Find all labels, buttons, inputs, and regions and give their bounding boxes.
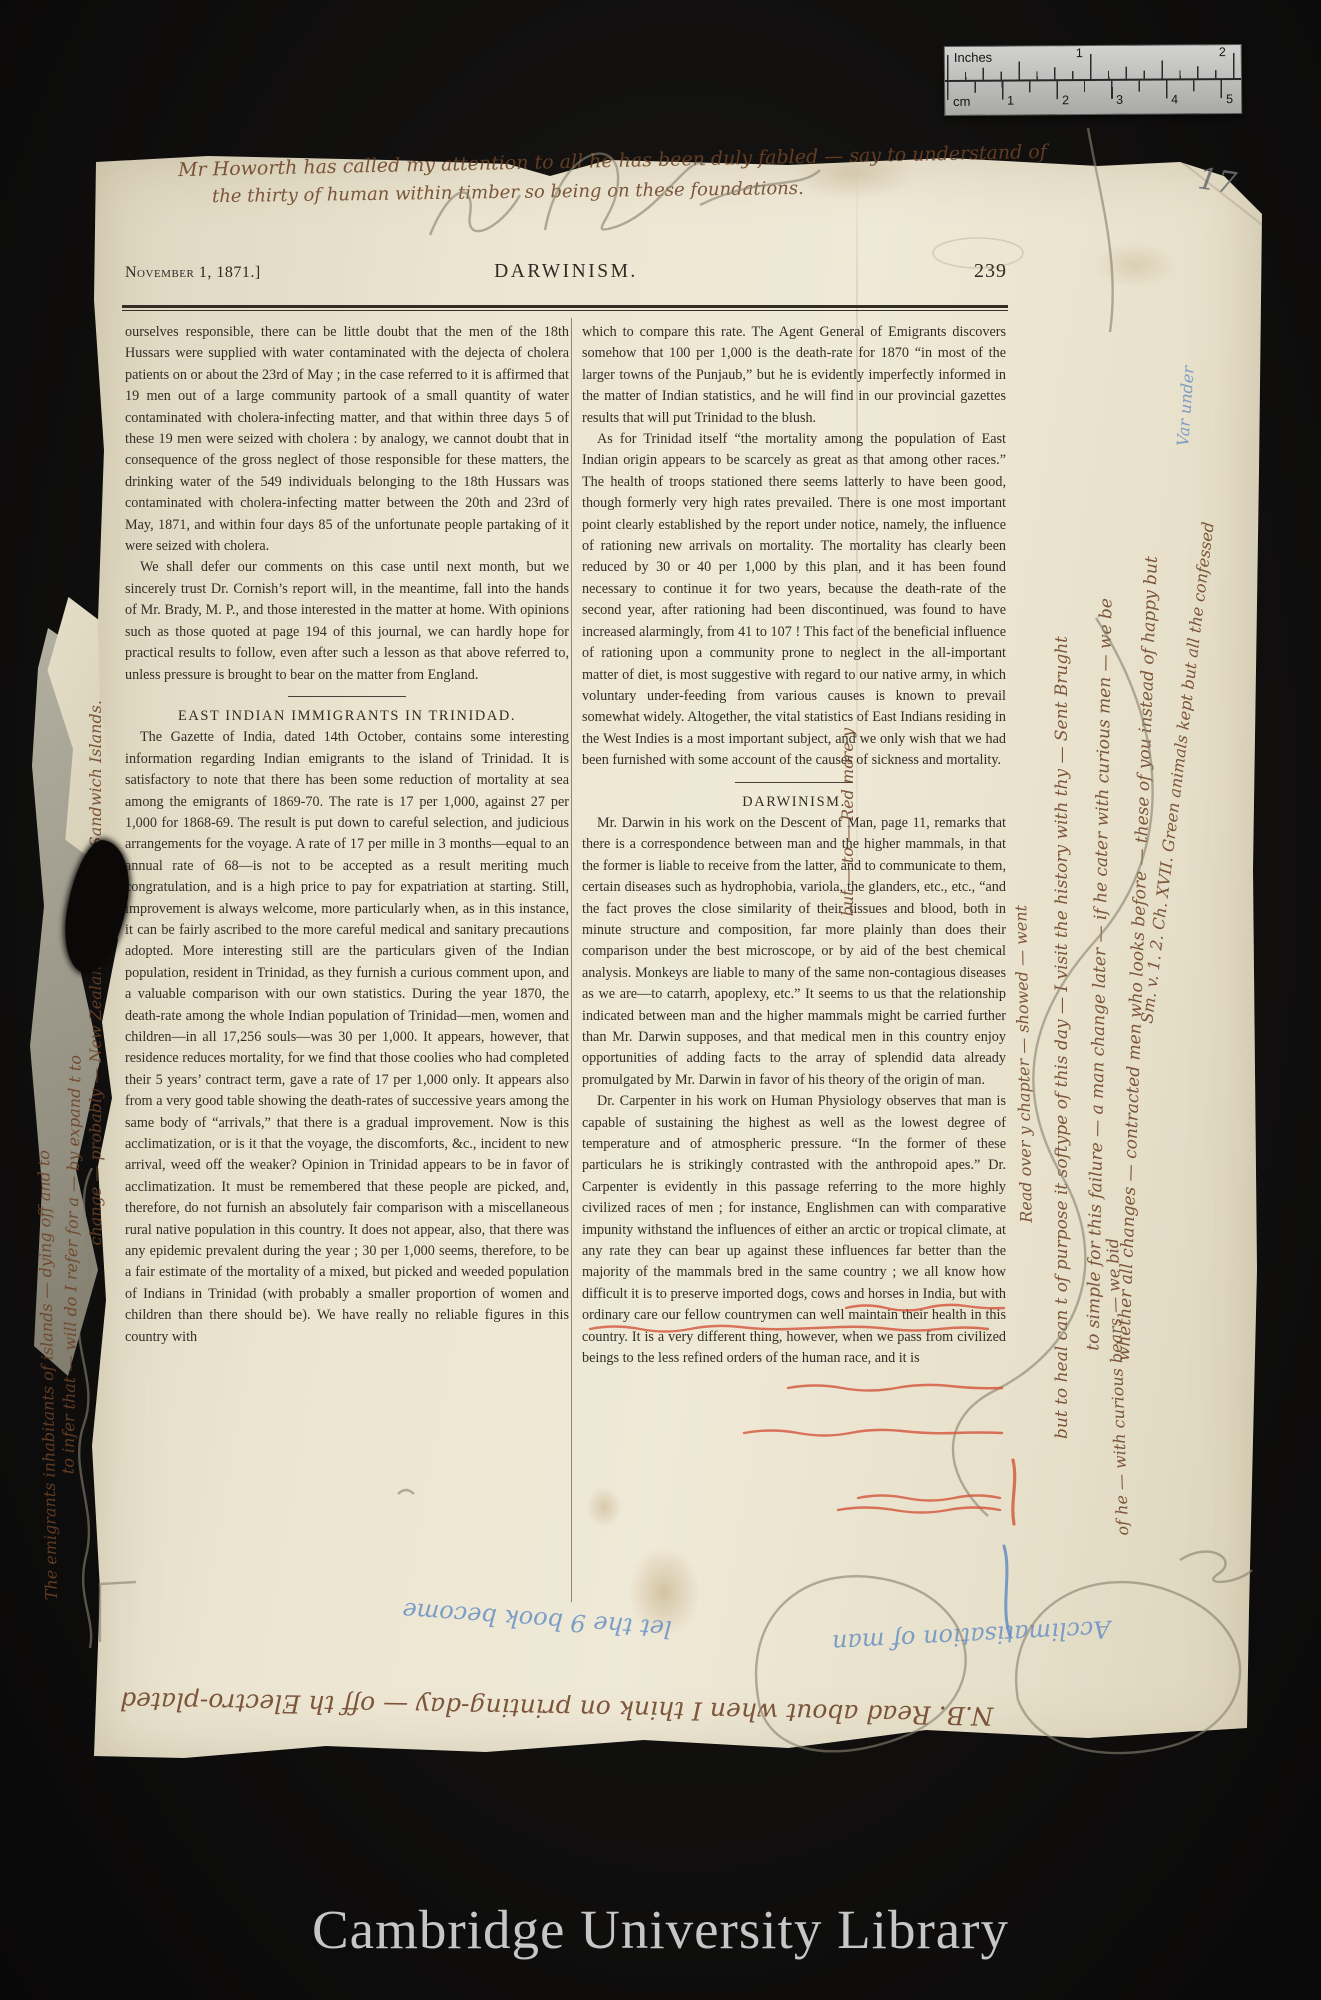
head-double-rule xyxy=(122,305,1008,311)
section-rule xyxy=(735,782,853,783)
ink-margin-note: but to heal can t of purpose it softype … xyxy=(1052,636,1072,1439)
ruler-cm-number: 4 xyxy=(1171,92,1178,106)
pencil-folio-number: 17 xyxy=(1195,161,1238,202)
paragraph: We shall defer our comments on this case… xyxy=(125,557,569,685)
paragraph: Dr. Carpenter in his work on Human Physi… xyxy=(582,1091,1006,1369)
paragraph: As for Trinidad itself “the mortality am… xyxy=(582,429,1006,772)
ruler-inch-ticks xyxy=(947,53,1237,80)
library-caption: Cambridge University Library xyxy=(0,1898,1321,1961)
right-text-column: which to compare this rate. The Agent Ge… xyxy=(582,322,1006,1622)
paragraph: ourselves responsible, there can be litt… xyxy=(125,322,569,557)
ruler-inch-number: 2 xyxy=(1219,45,1226,59)
section-rule xyxy=(288,696,406,697)
ruler-cm-ticks xyxy=(947,80,1237,100)
ruler-cm-number: 3 xyxy=(1116,93,1123,107)
ruler-cm-number: 1 xyxy=(1007,94,1014,108)
ink-margin-note: but — to — Red more y xyxy=(838,728,857,916)
paragraph: Mr. Darwin in his work on the Descent of… xyxy=(582,813,1006,1091)
ruler-cm-number: 2 xyxy=(1062,93,1069,107)
archive-photograph: Inches cm 1 2 1 2 3 4 5 November 1, 1871… xyxy=(0,0,1321,2000)
section-heading-darwinism: DARWINISM. xyxy=(582,792,1006,813)
paper-stain xyxy=(1092,242,1178,288)
left-text-column: ourselves responsible, there can be litt… xyxy=(125,322,569,1622)
page-number: 239 xyxy=(974,260,1007,283)
journal-title: DARWINISM. xyxy=(125,261,1007,283)
paragraph: The Gazette of India, dated 14th October… xyxy=(125,727,569,1348)
running-head: November 1, 1871.] DARWINISM. 239 xyxy=(125,258,1007,294)
section-heading-east-indian-immigrants: EAST INDIAN IMMIGRANTS IN TRINIDAD. xyxy=(125,706,569,727)
column-divider-rule xyxy=(571,318,572,1602)
ruler-cm-number: 5 xyxy=(1226,92,1233,106)
paragraph: which to compare this rate. The Agent Ge… xyxy=(582,322,1006,429)
measuring-scale-ruler: Inches cm 1 2 1 2 3 4 5 xyxy=(945,45,1241,115)
ruler-inch-number: 1 xyxy=(1076,46,1083,60)
